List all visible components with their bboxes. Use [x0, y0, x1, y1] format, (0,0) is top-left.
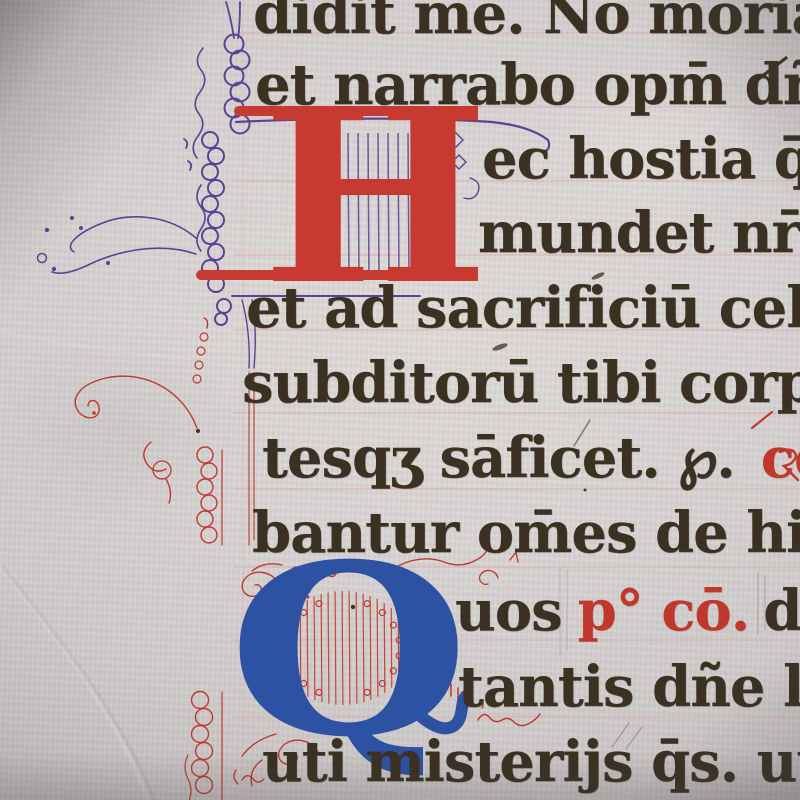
line-4-text: mundet nr̄a [478, 200, 800, 266]
text-line-7: tesqʒ sāficet. ℘.cō [262, 430, 800, 486]
line-9-text: uos [455, 578, 562, 644]
text-line-5: et ad sacrificiū celeb [246, 280, 800, 336]
text-line-3: ec hostia q̄s [482, 131, 800, 187]
line-1-text: didit me. Nō moriar [253, 0, 800, 47]
text-line-8: bantur om̄es de his q̄ p [252, 505, 800, 561]
manuscript-page: H Q didit me. Nō moriar et narrabo opm̄ … [0, 0, 800, 800]
line-11-text: uti misterijs q̄s. ut [262, 729, 800, 795]
line-3-text: ec hostia q̄s [482, 126, 800, 192]
text-line-4: mundet nr̄a [478, 205, 800, 261]
text-line-11: uti misterijs q̄s. ut [262, 734, 800, 790]
line-7-rubric: cō [761, 425, 800, 491]
line-5-text: et ad sacrificiū celeb [246, 275, 800, 341]
text-column: didit me. Nō moriar et narrabo opm̄ dñi … [0, 0, 800, 800]
text-line-9: uosp° cō.d [455, 583, 800, 639]
line-2-text: et narrabo opm̄ dñi [255, 52, 800, 118]
line-9-text-2: d [763, 578, 800, 644]
line-9-rubric: p° cō. [578, 578, 750, 644]
line-10-text: tantis dñe le [458, 654, 800, 720]
text-line-6: subditorū tibi corpo [242, 355, 800, 411]
line-8-text: bantur om̄es de his q̄ p [252, 500, 800, 566]
text-line-2: et narrabo opm̄ dñi [255, 57, 800, 113]
text-line-10: tantis dñe le [458, 659, 800, 715]
text-line-1: didit me. Nō moriar [253, 0, 800, 42]
line-6-text: subditorū tibi corpo [242, 350, 800, 416]
line-7-text: tesqʒ sāficet. ℘. [262, 425, 735, 491]
